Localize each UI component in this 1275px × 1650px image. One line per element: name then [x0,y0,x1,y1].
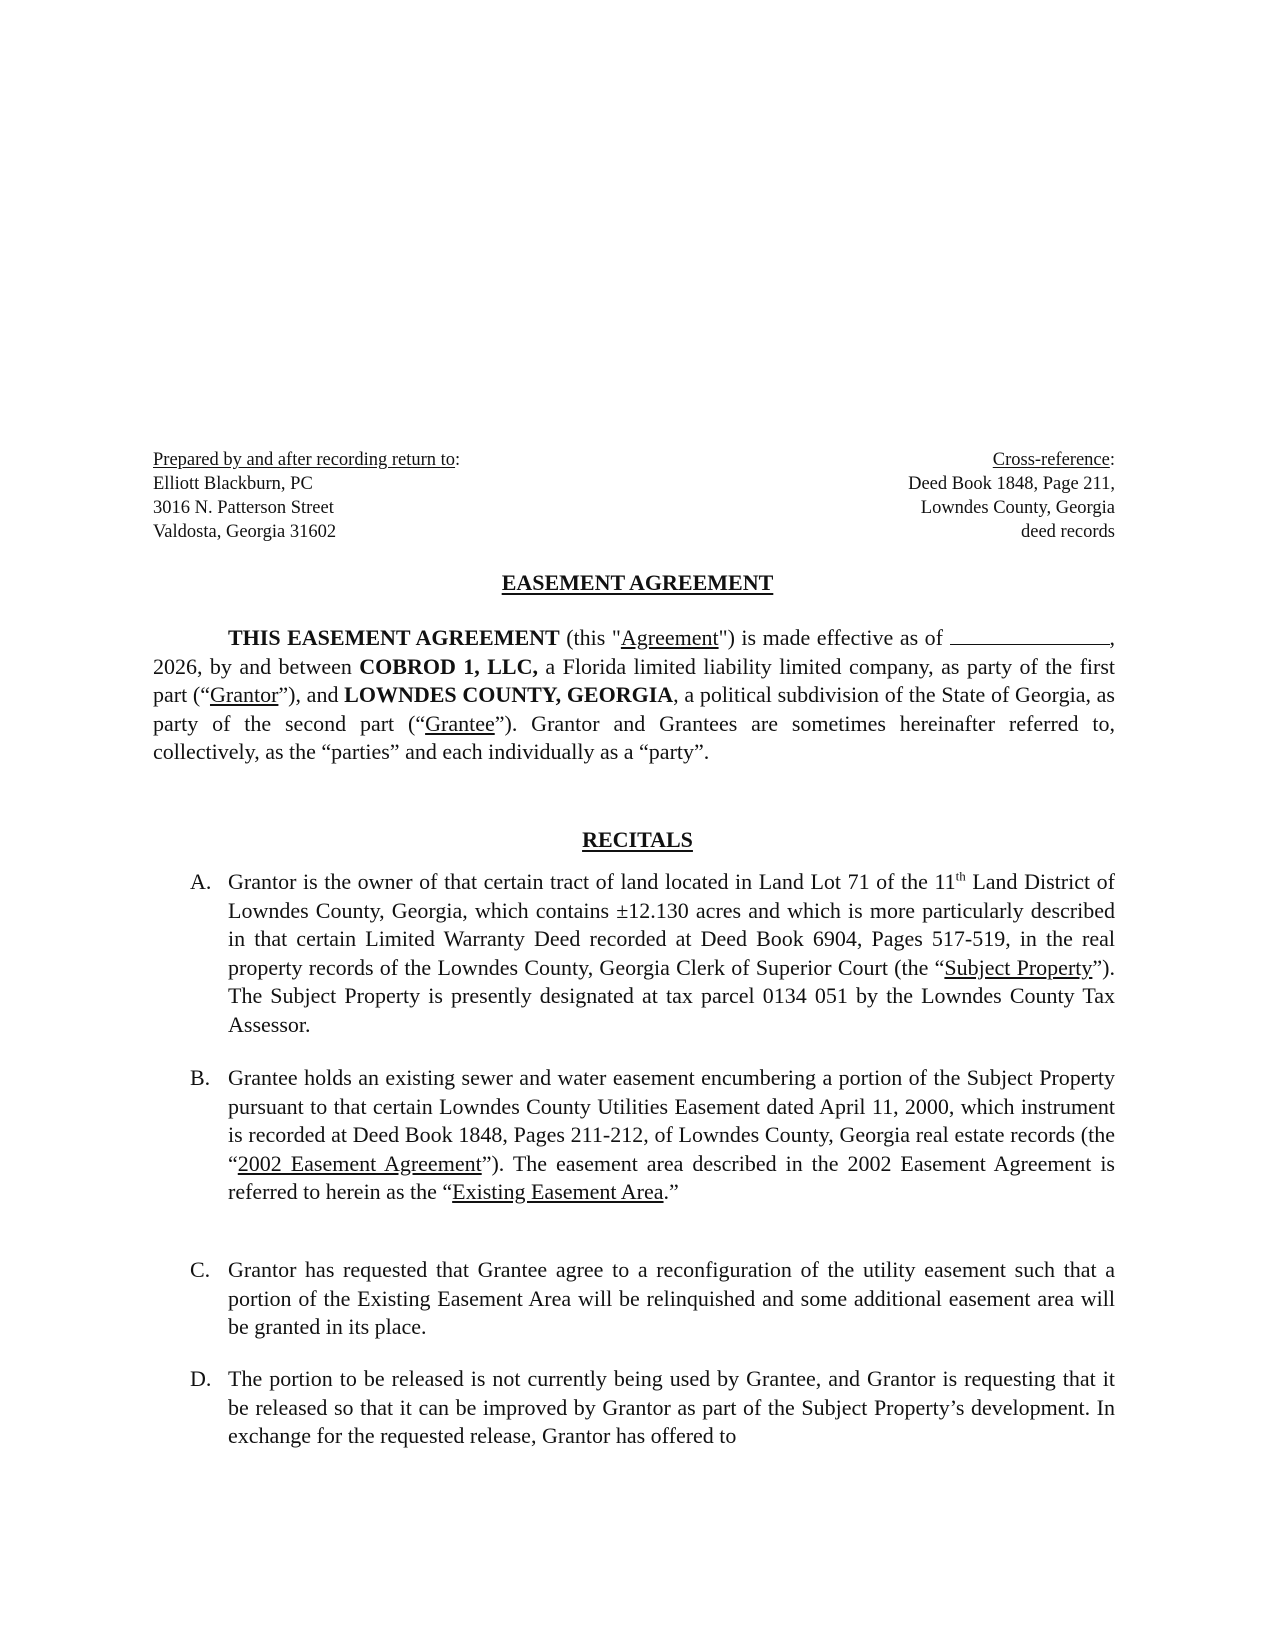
recitals-heading: RECITALS [0,827,1275,853]
defined-term-2002-easement: 2002 Easement Agreement [238,1151,482,1176]
return-city: Valdosta, Georgia 31602 [153,520,460,544]
grantor-name: COBROD 1, LLC, [359,654,538,679]
intro-paragraph: THIS EASEMENT AGREEMENT (this "Agreement… [153,624,1115,767]
return-address-block: Prepared by and after recording return t… [153,448,460,544]
return-label: Prepared by and after recording return t… [153,448,460,472]
recital-c: C. Grantor has requested that Grantee ag… [190,1256,1115,1342]
cross-reference-line: Deed Book 1848, Page 211, [908,472,1115,496]
return-name: Elliott Blackburn, PC [153,472,460,496]
defined-term-existing-easement-area: Existing Easement Area [452,1179,663,1204]
cross-reference-block: Cross-reference: Deed Book 1848, Page 21… [908,448,1115,544]
defined-term-grantee: Grantee [425,711,495,736]
defined-term-grantor: Grantor [210,682,278,707]
cross-reference-line: Lowndes County, Georgia [908,496,1115,520]
document-title: EASEMENT AGREEMENT [0,570,1275,596]
recital-a: A. Grantor is the owner of that certain … [190,868,1115,1039]
defined-term-subject-property: Subject Property [944,955,1092,980]
date-blank [950,626,1110,645]
cross-reference-line: deed records [908,520,1115,544]
recital-b: B. Grantee holds an existing sewer and w… [190,1064,1115,1207]
return-street: 3016 N. Patterson Street [153,496,460,520]
defined-term-agreement: Agreement [621,625,719,650]
cross-reference-label: Cross-reference: [908,448,1115,472]
document-page: Prepared by and after recording return t… [0,0,1275,1650]
grantee-name: LOWNDES COUNTY, GEORGIA [344,682,673,707]
recital-d: D. The portion to be released is not cur… [190,1365,1115,1451]
